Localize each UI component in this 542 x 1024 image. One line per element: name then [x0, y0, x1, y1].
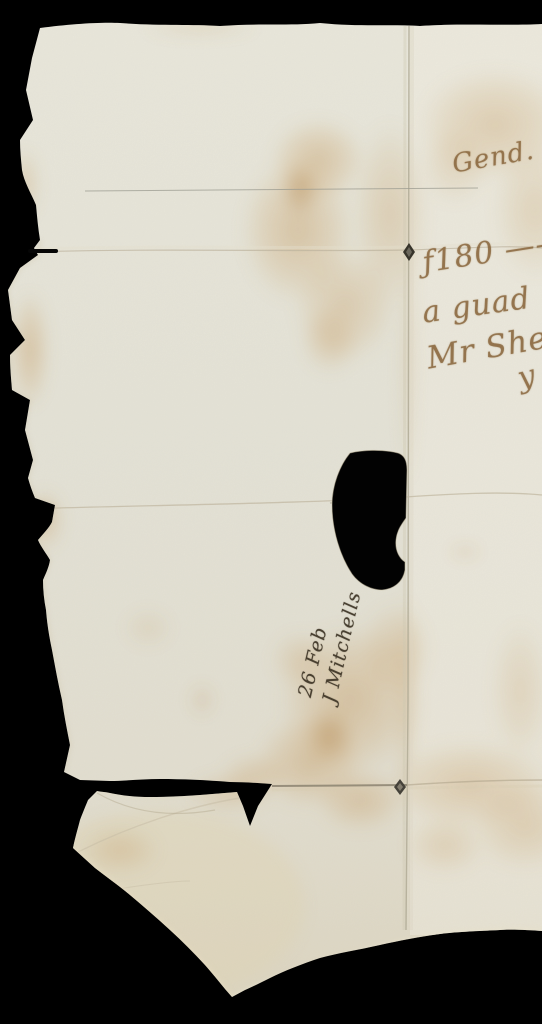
- stain-blot: [449, 545, 481, 559]
- vertical-fold-highlight: [411, 26, 412, 930]
- stain-blot: [10, 147, 40, 223]
- stain-blot: [140, 18, 260, 38]
- stain-blot: [25, 488, 65, 552]
- stain-blot: [185, 772, 275, 812]
- stain-blot: [300, 305, 360, 375]
- stain-blot: [305, 705, 355, 765]
- stain-blot: [188, 682, 216, 718]
- lower-fold-line: [272, 785, 407, 786]
- stain-blot: [359, 602, 431, 698]
- flap-tone: [15, 810, 305, 1000]
- stain-blot: [280, 162, 320, 218]
- stain-blot: [123, 608, 173, 648]
- stain-blot: [352, 120, 428, 310]
- letter-photograph: Gend. Sy ƒ180 —— 1 a guad Mr Shea y 26 F…: [0, 0, 542, 1024]
- stain-blot: [405, 815, 485, 875]
